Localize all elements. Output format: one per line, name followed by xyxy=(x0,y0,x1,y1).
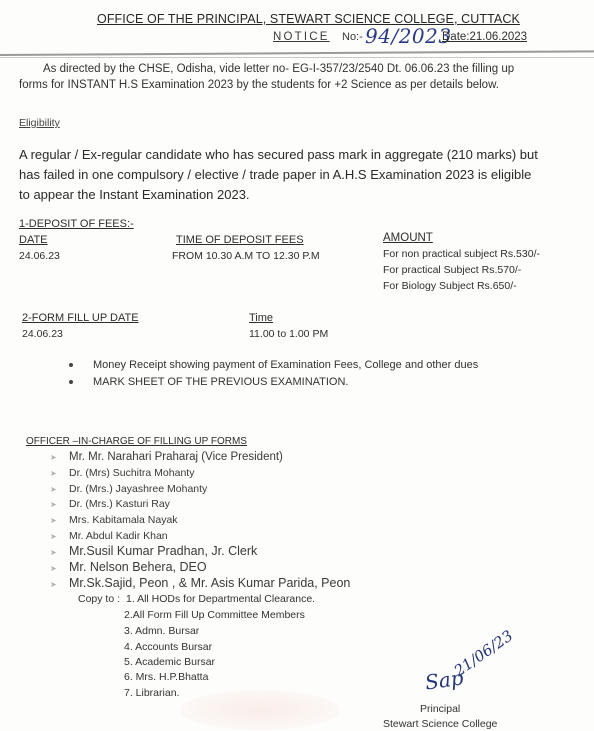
fee-amount: For practical Subject Rs.570/- xyxy=(383,264,521,276)
header-divider-secondary xyxy=(0,57,594,58)
eligibility-line: A regular / Ex-regular candidate who has… xyxy=(19,147,538,162)
form-fill-up-heading: 2-FORM FILL UP DATE xyxy=(22,312,139,324)
deposit-time-header: TIME OF DEPOSIT FEES xyxy=(176,234,304,246)
copy-to-item: 3. Admn. Bursar xyxy=(124,625,199,637)
paper-stain xyxy=(180,690,340,730)
notice-label: NOTICE xyxy=(273,31,330,43)
deposit-date: 24.06.23 xyxy=(19,250,60,262)
form-fill-up-date: 24.06.23 xyxy=(22,328,63,340)
bullet-icon xyxy=(69,363,73,367)
arrow-bullet-icon: ➤ xyxy=(50,548,58,557)
deposit-date-header: DATE xyxy=(19,234,48,246)
arrow-bullet-icon: ➤ xyxy=(50,500,58,509)
office-title: OFFICE OF THE PRINCIPAL, STEWART SCIENCE… xyxy=(97,12,520,26)
officer-item: ➤Mrs. Kabitamala Nayak xyxy=(50,514,178,526)
officer-item: ➤Mr. Mr. Narahari Praharaj (Vice Preside… xyxy=(50,451,283,463)
officer-item: ➤Dr. (Mrs) Suchitra Mohanty xyxy=(50,467,194,479)
deposit-amount-header: AMOUNT xyxy=(383,232,433,244)
required-document: MARK SHEET OF THE PREVIOUS EXAMINATION. xyxy=(69,376,349,388)
copy-to-item: 7. Librarian. xyxy=(124,687,179,699)
copy-to-label: Copy to : xyxy=(78,593,120,605)
arrow-bullet-icon: ➤ xyxy=(50,516,58,525)
notice-number-label: No:- xyxy=(342,31,363,43)
deposit-time: FROM 10.30 A.M TO 12.30 P.M xyxy=(172,250,320,262)
copy-to-item: 5. Academic Bursar xyxy=(124,656,215,668)
signatory-organization: Stewart Science College xyxy=(383,718,497,730)
arrow-bullet-icon: ➤ xyxy=(50,469,58,478)
signature-date: 21/06/23 xyxy=(451,627,517,680)
required-document: Money Receipt showing payment of Examina… xyxy=(69,359,478,371)
eligibility-line: has failed in one compulsory / elective … xyxy=(19,167,531,182)
officer-item: ➤Mr.Sk.Sajid, Peon , & Mr. Asis Kumar Pa… xyxy=(50,576,350,590)
arrow-bullet-icon: ➤ xyxy=(50,532,58,541)
officers-heading: OFFICER –IN-CHARGE OF FILLING UP FORMS xyxy=(26,436,247,447)
notice-document: OFFICE OF THE PRINCIPAL, STEWART SCIENCE… xyxy=(0,0,594,731)
fee-amount: For Biology Subject Rs.650/- xyxy=(383,280,517,292)
header-divider xyxy=(0,50,594,56)
arrow-bullet-icon: ➤ xyxy=(50,580,58,589)
signatory-title: Principal xyxy=(420,703,460,715)
bullet-icon xyxy=(69,380,73,384)
eligibility-heading: Eligibility xyxy=(19,117,60,129)
copy-to-item: 4. Accounts Bursar xyxy=(124,641,212,653)
arrow-bullet-icon: ➤ xyxy=(50,564,58,573)
arrow-bullet-icon: ➤ xyxy=(50,485,58,494)
officer-item: ➤Dr. (Mrs.) Jayashree Mohanty xyxy=(50,483,207,495)
notice-number-handwritten: 94/2023 xyxy=(365,24,452,48)
copy-to-item: 2.All Form Fill Up Committee Members xyxy=(124,609,305,621)
form-fill-up-time: 11.00 to 1.00 PM xyxy=(249,328,328,340)
notice-date: Date:21.06.2023 xyxy=(442,31,527,43)
arrow-bullet-icon: ➤ xyxy=(50,453,58,462)
officer-item: ➤Mr. Nelson Behera, DEO xyxy=(50,560,207,574)
officer-item: ➤Mr. Abdul Kadir Khan xyxy=(50,530,168,542)
form-fill-up-time-header: Time xyxy=(249,312,273,324)
deposit-fees-heading: 1-DEPOSIT OF FEES:- xyxy=(19,218,134,230)
copy-to-item: 6. Mrs. H.P.Bhatta xyxy=(124,671,208,683)
intro-line-1: As directed by the CHSE, Odisha, vide le… xyxy=(43,63,514,75)
officer-item: ➤Dr. (Mrs.) Kasturi Ray xyxy=(50,498,170,510)
officer-item: ➤Mr.Susil Kumar Pradhan, Jr. Clerk xyxy=(50,544,257,558)
eligibility-line: to appear the Instant Examination 2023. xyxy=(19,187,250,202)
copy-to-item: 1. All HODs for Departmental Clearance. xyxy=(126,593,315,605)
fee-amount: For non practical subject Rs.530/- xyxy=(383,248,540,260)
intro-line-2: forms for INSTANT H.S Examination 2023 b… xyxy=(19,79,499,91)
